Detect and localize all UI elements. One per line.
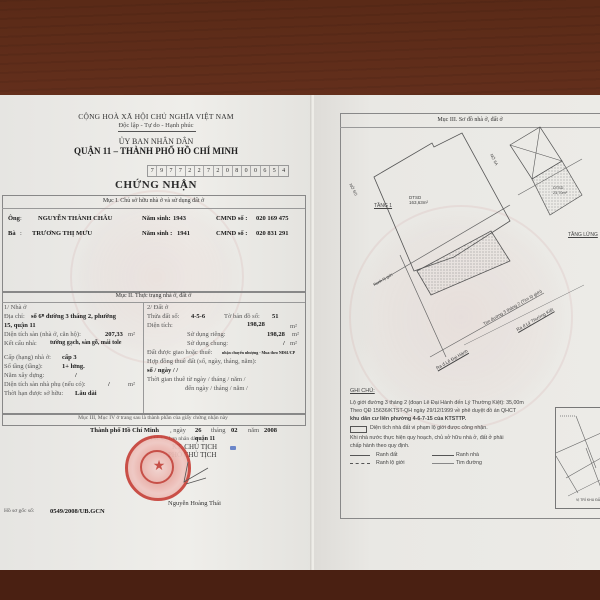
loft-area-label: DTSD23,70m² (553, 186, 567, 195)
legend-label-street-centre: Tim đường (456, 460, 482, 466)
floor-area-value: 207,33 (105, 331, 123, 338)
ownership-term-label: Thời hạn được sở hữu: (4, 390, 63, 397)
serial-digit: 2 (186, 166, 195, 176)
built-year-value: / (75, 372, 77, 379)
unit: m² (290, 340, 297, 347)
site-plan-drawing (314, 95, 600, 385)
owner-2-prefix: Bà (8, 230, 16, 237)
floor-area-label: Diện tích sàn (nhà ở, căn hộ): (4, 331, 81, 338)
serial-digit: 6 (261, 166, 270, 176)
aux-area-value: / (108, 381, 110, 388)
authority-line-1: ỦY BAN NHÂN DÂN (0, 137, 312, 146)
allocation-label: Đất được giao hoặc thuê: (147, 349, 212, 356)
legend-dashed-line (350, 463, 370, 464)
legend-label-land-boundary: Ranh đất (376, 452, 398, 458)
authority-line-2: QUẬN 11 – THÀNH PHỐ HỒ CHÍ MINH (0, 146, 312, 156)
section-1-box (2, 195, 306, 293)
section-2-divider (143, 302, 144, 413)
certificate-title: CHỨNG NHẬN (0, 179, 312, 191)
owner-2-birth-label: Năm sinh : (142, 230, 172, 237)
owner-1-id-label: CMND số : (216, 215, 247, 222)
signer-name: Nguyễn Hoàng Thái (168, 500, 221, 507)
file-number-label: Hồ sơ gốc số: (4, 508, 34, 514)
map-sheet-value: 51 (272, 313, 279, 320)
initial-mark (230, 446, 236, 450)
certificate-front-page: CỘNG HOÀ XÃ HỘI CHỦ NGHĨA VIỆT NAM Độc l… (0, 95, 312, 570)
serial-digit: 0 (223, 166, 232, 176)
lease-contract-value: số / ngày / / (147, 367, 178, 374)
section-2-heading: Mục II. Thực trạng nhà ở, đất ở (2, 291, 305, 303)
unit: m² (128, 381, 135, 388)
map-sheet-label: Tờ bản đồ số: (224, 313, 260, 320)
notes-heading: GHI CHÚ: (350, 388, 375, 394)
motto-underline (118, 131, 196, 132)
floors-label: Số tầng (tầng): (4, 363, 43, 370)
serial-digit: 8 (233, 166, 242, 176)
compliance-line-2: chấp hành theo quy định. (350, 443, 410, 449)
parcel-label: Thửa đất số: (147, 313, 179, 320)
signature (178, 460, 218, 490)
compliance-line-1: Khi nhà nước thực hiện quy hoạch, chủ sở… (350, 435, 504, 441)
legend-thin-line (432, 455, 454, 456)
certificate-back-page: Mục III. Sơ đồ nhà ở, đất ở (314, 95, 600, 570)
legend-label-house-boundary: Ranh nhà (456, 452, 479, 458)
owner-1-prefix: Ông (8, 215, 20, 222)
location-minimap: VỊ TRÍ KHU ĐẤT (555, 407, 600, 509)
minimap-label: VỊ TRÍ KHU ĐẤT (576, 498, 600, 502)
motto: Độc lập - Tự do - Hạnh phúc (0, 122, 312, 129)
serial-digit: 7 (148, 166, 157, 176)
structure-label: Kết cấu nhà: (4, 340, 37, 347)
notes-box-bottom (340, 518, 600, 519)
main-area-label: DTSD163,63m² (409, 195, 428, 205)
footer-note: Mục III, Mục IV ở trang sau là thành phầ… (0, 415, 306, 421)
issue-month: 02 (231, 427, 238, 434)
address-value-cont: 15, quận 11 (4, 322, 36, 329)
floors-value: 1+ lửng. (62, 363, 85, 370)
floor-1-label: TẦNG 1 (374, 203, 392, 209)
loft-label: TẦNG LỬNG (568, 232, 598, 238)
land-area-label: Diện tích: (147, 322, 173, 329)
legend-centre-line (432, 463, 454, 464)
grade-label: Cấp (hạng) nhà ở: (4, 354, 51, 361)
country-header: CỘNG HOÀ XÃ HỘI CHỦ NGHĨA VIỆT NAM (0, 112, 312, 121)
unit: m² (292, 331, 299, 338)
serial-digit: 9 (157, 166, 166, 176)
lease-to: đến ngày / tháng / năm / (185, 385, 248, 392)
address-label: Địa chỉ: (4, 313, 25, 320)
address-value: số 6ᴮ đường 3 tháng 2, phường (31, 313, 116, 320)
issue-day: 26 (195, 427, 202, 434)
owner-1-id-number: 020 169 475 (256, 215, 289, 222)
owner-2-id-label: CMND số : (216, 230, 247, 237)
owner-1-birth-year: 1943 (173, 215, 186, 222)
owner-2-birth-year: 1941 (177, 230, 190, 237)
serial-digit: 7 (167, 166, 176, 176)
violation-legend-box (350, 426, 367, 433)
house-title: 1/ Nhà ở (4, 304, 27, 311)
land-title: 2/ Đất ở (147, 304, 168, 311)
serial-digit: 7 (204, 166, 213, 176)
owner-2-id-number: 020 831 291 (256, 230, 289, 237)
date-label: , ngày (170, 427, 186, 434)
year-label: năm (248, 427, 259, 434)
ownership-term-value: Lâu dài (75, 390, 97, 397)
private-use-value: 198,28 (267, 331, 285, 338)
violation-note: Diện tích nhà đất vi phạm lộ giới được c… (370, 425, 488, 431)
issue-place: Thành phố Hồ Chí Minh (90, 427, 159, 434)
notes-line-1: Lộ giới đường 3 tháng 2 (đoạn Lê Đại Hàn… (350, 400, 524, 406)
aux-area-label: Diện tích sàn nhà phụ (nếu có): (4, 381, 86, 388)
certificate-document: CỘNG HOÀ XÃ HỘI CHỦ NGHĨA VIỆT NAM Độc l… (0, 95, 600, 570)
serial-number: 7 9 7 7 2 2 7 2 0 8 0 0 6 5 4 (147, 165, 289, 177)
built-year-label: Năm xây dựng: (4, 372, 44, 379)
serial-digit: 0 (251, 166, 260, 176)
shared-use-value: / (283, 340, 285, 347)
section-1-heading: Mục I. Chủ sở hữu nhà ở và sử dụng đất ở (2, 195, 305, 209)
unit: m² (128, 331, 135, 338)
notes-line-2: Theo QĐ 15636/KTST-QH ngày 29/12/1999 về… (350, 408, 516, 414)
serial-digit: 0 (242, 166, 251, 176)
serial-digit: 4 (279, 166, 287, 176)
owner-1-name: NGUYỄN THÀNH CHÂU (38, 215, 112, 222)
allocation-value: nhận chuyển nhượng - Mua theo NĐ61/CP (222, 350, 295, 355)
grade-value: cấp 3 (62, 354, 77, 361)
signer-district: quận 11 (195, 436, 215, 442)
month-label: tháng (211, 427, 225, 434)
shared-use-label: Sử dụng chung: (187, 340, 228, 347)
owner-2-name: TRƯƠNG THỊ MƯU (32, 230, 92, 237)
lease-from: Thời gian thuê từ ngày / tháng / năm / (147, 376, 245, 383)
owner-1-birth-label: Năm sinh: (142, 215, 171, 222)
private-use-label: Sử dụng riêng: (187, 331, 226, 338)
notes-line-3: khu dân cư liên phường 4-6-7-15 của KTST… (350, 416, 466, 422)
legend-label-road-boundary: Ranh lộ giới (376, 460, 405, 466)
land-area-value: 198,28 (247, 321, 265, 328)
file-number: 0549/2008/UB.GCN (50, 508, 105, 515)
serial-digit: 7 (176, 166, 185, 176)
wood-table-bottom (0, 570, 600, 600)
parcel-value: 4-5-6 (191, 313, 205, 320)
issue-year: 2008 (264, 427, 277, 434)
serial-digit: 5 (270, 166, 279, 176)
structure-value: tường gạch, sàn gỗ, mái tole (50, 340, 121, 346)
serial-digit: 2 (195, 166, 204, 176)
legend-solid-line (350, 455, 370, 456)
unit: m² (290, 323, 297, 330)
serial-digit: 2 (214, 166, 223, 176)
lease-contract-label: Hợp đồng thuê đất (số, ngày, tháng, năm)… (147, 358, 257, 365)
